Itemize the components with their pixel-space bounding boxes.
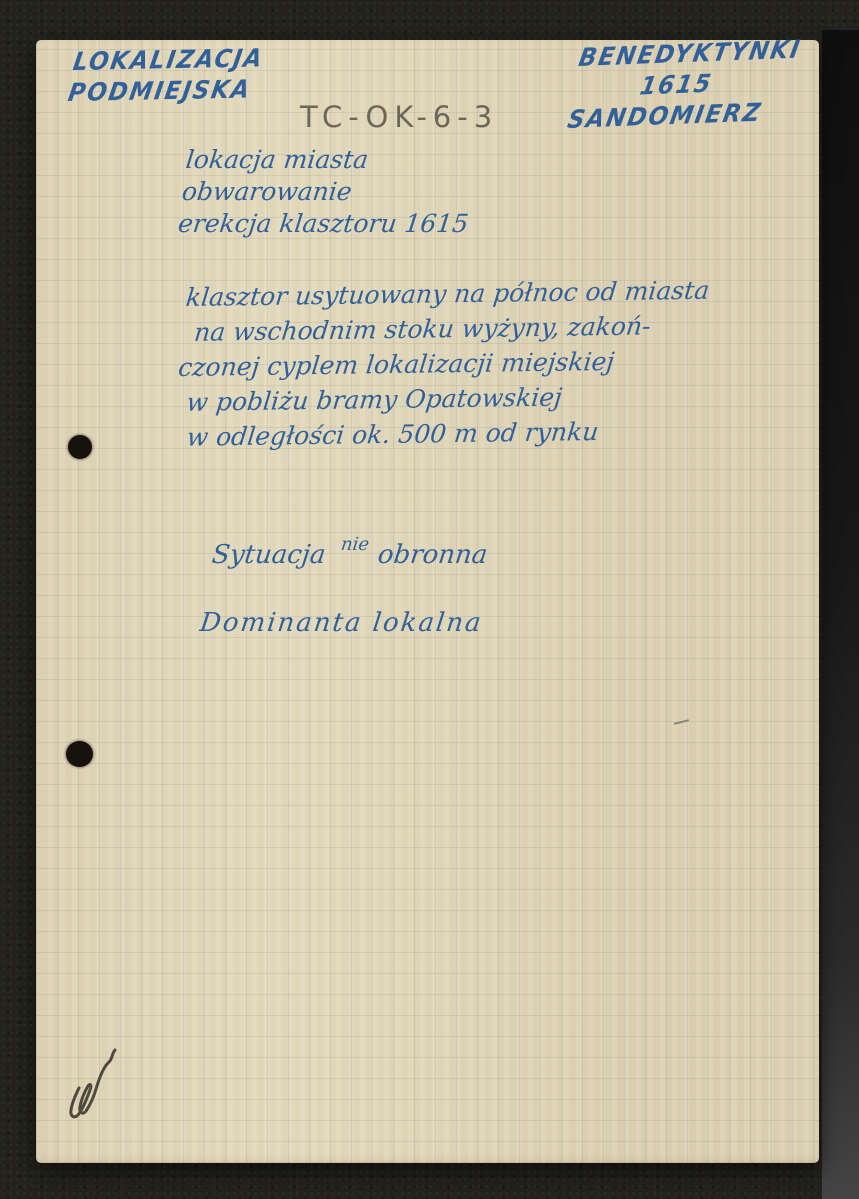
catalog-number: TC-OK-6-3 [300,100,498,134]
situation-line: Sytuacja nie obronna [210,540,489,570]
document-sheet: LOKALIZACJA PODMIEJSKA BENEDYKTYNKI 1615… [36,40,819,1163]
notes-list: lokacja miasta obwarowanie erekcja klasz… [176,144,478,240]
note-line: erekcja klasztoru 1615 [176,208,470,240]
paragraph-line: na wschodnim stoku wyżyny, zakoń- [180,308,707,350]
situation-after: obronna [376,540,489,570]
note-line: lokacja miasta [184,144,478,176]
header-left-line1: LOKALIZACJA [71,42,266,77]
header-right: BENEDYKTYNKI 1615 SANDOMIERZ [565,34,803,135]
paragraph-line: w odległości ok. 500 m od rynku [169,413,696,455]
background-right-band [822,30,859,1199]
situation-inserted-word: nie [340,534,371,555]
dominant-line: Dominanta lokalna [198,608,484,638]
header-left: LOKALIZACJA PODMIEJSKA [66,42,266,108]
situation-before: Sytuacja [210,540,327,570]
punch-hole-bottom [66,741,93,767]
signature-mark [52,1038,130,1126]
punch-hole-top [68,435,92,459]
note-line: obwarowanie [180,176,474,208]
header-left-line2: PODMIEJSKA [66,73,261,108]
stray-pencil-mark [674,719,689,725]
description-paragraph: klasztor usytuowany na północ od miasta … [169,273,711,455]
